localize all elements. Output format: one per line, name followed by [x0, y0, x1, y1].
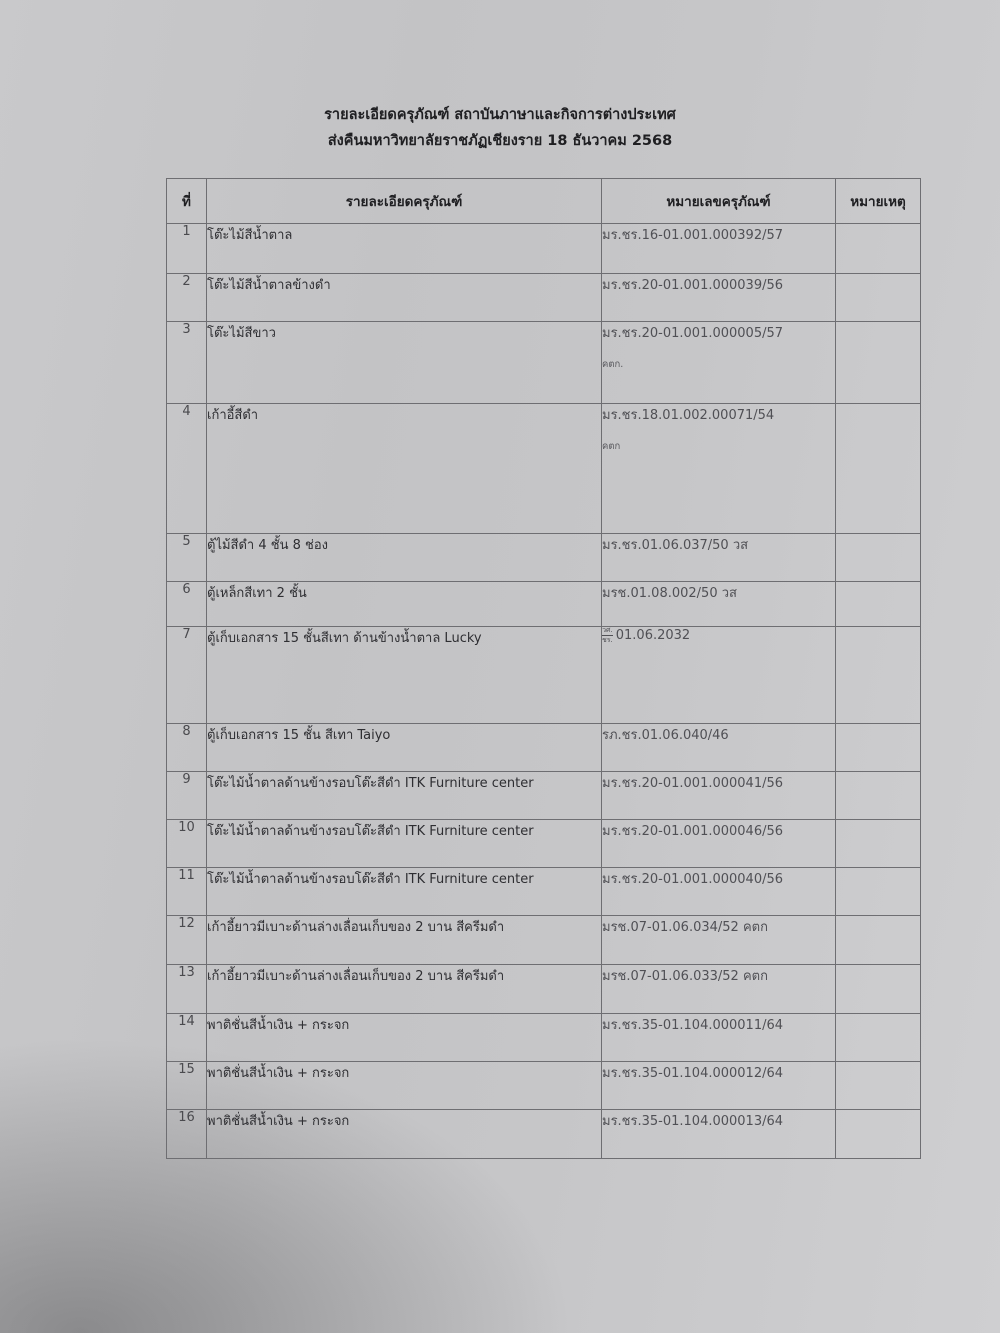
document-page: { "title": { "line1": "รายละเอียดครุภัณฑ…	[0, 0, 1000, 1333]
row-code: มร.ชร.20-01.001.000039/56	[602, 278, 783, 293]
header-description: รายละเอียดครุภัณฑ์	[207, 179, 602, 224]
row-description: เก้าอี้ยาวมีเบาะด้านล่างเลื่อนเก็บของ 2 …	[207, 965, 602, 1014]
table-row: 3โต๊ะไม้สีขาวมร.ชร.20-01.001.000005/57คต…	[167, 322, 921, 404]
row-number: 7	[167, 627, 207, 724]
row-code: มร.ชร.01.06.037/50 วส	[602, 538, 748, 553]
title-line-2: ส่งคืนมหาวิทยาลัยราชภัฏเชียงราย 18 ธันวา…	[0, 128, 1000, 154]
row-code-cell: มร.ชร.35-01.104.000011/64	[602, 1014, 836, 1062]
row-description: โต๊ะไม้สีน้ำตาล	[207, 224, 602, 274]
row-note	[836, 274, 921, 322]
row-code-cell: มร.ชร.01.06.037/50 วส	[602, 534, 836, 582]
row-number: 9	[167, 772, 207, 820]
row-note	[836, 724, 921, 772]
table-row: 11โต๊ะไม้น้ำตาลด้านข้างรอบโต๊ะสีดำ ITK F…	[167, 868, 921, 916]
row-number: 8	[167, 724, 207, 772]
table-row: 1โต๊ะไม้สีน้ำตาลมร.ชร.16-01.001.000392/5…	[167, 224, 921, 274]
row-code-cell: มร.ชร.35-01.104.000012/64	[602, 1062, 836, 1110]
header-note: หมายเหตุ	[836, 179, 921, 224]
row-code-cell: วศ.ชร.01.06.2032	[602, 627, 836, 724]
row-number: 12	[167, 916, 207, 965]
row-description: ตู้ไม้สีดำ 4 ชั้น 8 ช่อง	[207, 534, 602, 582]
row-description: เก้าอี้สีดำ	[207, 404, 602, 534]
row-description: พาติชั่นสีน้ำเงิน + กระจก	[207, 1110, 602, 1159]
row-note	[836, 868, 921, 916]
row-number: 3	[167, 322, 207, 404]
document-title: รายละเอียดครุภัณฑ์ สถาบันภาษาและกิจการต่…	[0, 102, 1000, 154]
row-code-cell: มร.ชร.35-01.104.000013/64	[602, 1110, 836, 1159]
row-number: 11	[167, 868, 207, 916]
row-code: มรช.07-01.06.034/52 คตก	[602, 920, 768, 935]
row-code: มรช.07-01.06.033/52 คตก	[602, 969, 768, 984]
row-code: มร.ชร.16-01.001.000392/57	[602, 228, 783, 243]
row-note	[836, 1014, 921, 1062]
row-number: 2	[167, 274, 207, 322]
row-code-cell: มร.ชร.20-01.001.000005/57คตก.	[602, 322, 836, 404]
row-description: ตู้เก็บเอกสาร 15 ชั้น สีเทา Taiyo	[207, 724, 602, 772]
table-row: 7ตู้เก็บเอกสาร 15 ชั้นสีเทา ด้านข้างน้ำต…	[167, 627, 921, 724]
row-code: มร.ชร.35-01.104.000012/64	[602, 1066, 783, 1081]
row-note	[836, 916, 921, 965]
equipment-table: ที่ รายละเอียดครุภัณฑ์ หมายเลขครุภัณฑ์ ห…	[166, 178, 921, 1159]
row-code: รภ.ชร.01.06.040/46	[602, 728, 729, 743]
header-no: ที่	[167, 179, 207, 224]
row-description: พาติชั่นสีน้ำเงิน + กระจก	[207, 1062, 602, 1110]
row-code: มร.ชร.35-01.104.000011/64	[602, 1018, 783, 1033]
table-row: 16พาติชั่นสีน้ำเงิน + กระจกมร.ชร.35-01.1…	[167, 1110, 921, 1159]
row-description: โต๊ะไม้น้ำตาลด้านข้างรอบโต๊ะสีดำ ITK Fur…	[207, 772, 602, 820]
table-row: 9โต๊ะไม้น้ำตาลด้านข้างรอบโต๊ะสีดำ ITK Fu…	[167, 772, 921, 820]
table-row: 10โต๊ะไม้น้ำตาลด้านข้างรอบโต๊ะสีดำ ITK F…	[167, 820, 921, 868]
table-row: 15พาติชั่นสีน้ำเงิน + กระจกมร.ชร.35-01.1…	[167, 1062, 921, 1110]
row-note	[836, 1110, 921, 1159]
code-fraction-prefix: วศ.ชร.	[602, 627, 613, 644]
header-code: หมายเลขครุภัณฑ์	[602, 179, 836, 224]
row-code: 01.06.2032	[616, 628, 690, 643]
row-description: โต๊ะไม้สีขาว	[207, 322, 602, 404]
row-note	[836, 965, 921, 1014]
row-code: มร.ชร.20-01.001.000005/57	[602, 326, 783, 341]
row-description: โต๊ะไม้น้ำตาลด้านข้างรอบโต๊ะสีดำ ITK Fur…	[207, 868, 602, 916]
row-number: 10	[167, 820, 207, 868]
row-number: 4	[167, 404, 207, 534]
row-code-note: คตก	[602, 439, 835, 454]
table-row: 4เก้าอี้สีดำมร.ชร.18.01.002.00071/54คตก	[167, 404, 921, 534]
table-row: 2โต๊ะไม้สีน้ำตาลข้างดำมร.ชร.20-01.001.00…	[167, 274, 921, 322]
row-number: 6	[167, 582, 207, 627]
row-code-cell: มร.ชร.18.01.002.00071/54คตก	[602, 404, 836, 534]
table-header-row: ที่ รายละเอียดครุภัณฑ์ หมายเลขครุภัณฑ์ ห…	[167, 179, 921, 224]
row-code-cell: มรช.07-01.06.033/52 คตก	[602, 965, 836, 1014]
row-code-cell: มรช.01.08.002/50 วส	[602, 582, 836, 627]
row-note	[836, 627, 921, 724]
row-code-note: คตก.	[602, 357, 835, 372]
row-note	[836, 820, 921, 868]
row-code-cell: มร.ชร.16-01.001.000392/57	[602, 224, 836, 274]
title-line-1: รายละเอียดครุภัณฑ์ สถาบันภาษาและกิจการต่…	[0, 102, 1000, 128]
row-description: เก้าอี้ยาวมีเบาะด้านล่างเลื่อนเก็บของ 2 …	[207, 916, 602, 965]
row-number: 1	[167, 224, 207, 274]
row-note	[836, 404, 921, 534]
row-code: มร.ชร.18.01.002.00071/54	[602, 408, 774, 423]
row-number: 16	[167, 1110, 207, 1159]
table-row: 12เก้าอี้ยาวมีเบาะด้านล่างเลื่อนเก็บของ …	[167, 916, 921, 965]
row-number: 14	[167, 1014, 207, 1062]
row-note	[836, 224, 921, 274]
table-row: 6ตู้เหล็กสีเทา 2 ชั้นมรช.01.08.002/50 วส	[167, 582, 921, 627]
table-row: 13เก้าอี้ยาวมีเบาะด้านล่างเลื่อนเก็บของ …	[167, 965, 921, 1014]
row-description: พาติชั่นสีน้ำเงิน + กระจก	[207, 1014, 602, 1062]
row-number: 5	[167, 534, 207, 582]
table-body: 1โต๊ะไม้สีน้ำตาลมร.ชร.16-01.001.000392/5…	[167, 224, 921, 1159]
row-description: โต๊ะไม้น้ำตาลด้านข้างรอบโต๊ะสีดำ ITK Fur…	[207, 820, 602, 868]
row-code-cell: มร.ชร.20-01.001.000039/56	[602, 274, 836, 322]
row-note	[836, 1062, 921, 1110]
row-description: โต๊ะไม้สีน้ำตาลข้างดำ	[207, 274, 602, 322]
row-code-cell: มรช.07-01.06.034/52 คตก	[602, 916, 836, 965]
row-code: มร.ชร.20-01.001.000046/56	[602, 824, 783, 839]
row-number: 13	[167, 965, 207, 1014]
row-number: 15	[167, 1062, 207, 1110]
row-description: ตู้เหล็กสีเทา 2 ชั้น	[207, 582, 602, 627]
row-note	[836, 534, 921, 582]
row-code-cell: มร.ชร.20-01.001.000040/56	[602, 868, 836, 916]
row-code: มร.ชร.20-01.001.000040/56	[602, 872, 783, 887]
row-note	[836, 582, 921, 627]
row-code-cell: มร.ชร.20-01.001.000041/56	[602, 772, 836, 820]
fraction-top: วศ.	[602, 627, 613, 636]
row-note	[836, 772, 921, 820]
row-note	[836, 322, 921, 404]
table-row: 8ตู้เก็บเอกสาร 15 ชั้น สีเทา Taiyoรภ.ชร.…	[167, 724, 921, 772]
fraction-bottom: ชร.	[602, 636, 613, 644]
row-code-cell: รภ.ชร.01.06.040/46	[602, 724, 836, 772]
row-description: ตู้เก็บเอกสาร 15 ชั้นสีเทา ด้านข้างน้ำตา…	[207, 627, 602, 724]
row-code: มร.ชร.35-01.104.000013/64	[602, 1114, 783, 1129]
row-code: มร.ชร.20-01.001.000041/56	[602, 776, 783, 791]
row-code-cell: มร.ชร.20-01.001.000046/56	[602, 820, 836, 868]
table-row: 14พาติชั่นสีน้ำเงิน + กระจกมร.ชร.35-01.1…	[167, 1014, 921, 1062]
row-code: มรช.01.08.002/50 วส	[602, 586, 737, 601]
table-row: 5ตู้ไม้สีดำ 4 ชั้น 8 ช่องมร.ชร.01.06.037…	[167, 534, 921, 582]
